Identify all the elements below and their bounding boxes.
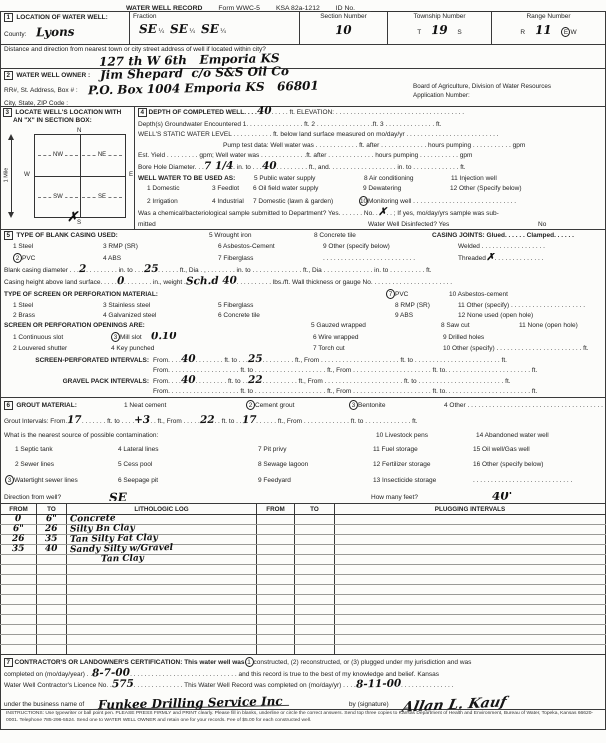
option-label: 12 None used (open hole) — [458, 312, 602, 319]
contamination-row-3: 2 Sewer lines 5 Cess pool 8 Sewage lagoo… — [1, 461, 605, 468]
casing-title-wrap: 5 TYPE OF BLANK CASING USED: — [4, 231, 209, 240]
cell-from: 0 — [15, 516, 21, 522]
option-label: 4 Lateral lines — [118, 446, 258, 453]
grout-intervals-label: Grout Intervals: From. — [4, 418, 67, 425]
cell-to: 40 — [45, 546, 58, 552]
table-row: 06"Concrete — [1, 515, 606, 525]
ft-from-label: . . ft., From . . . . . — [150, 418, 199, 425]
interval-tail-label: . . . . . . ft., From . . . . . . . . . … — [256, 418, 417, 425]
weight-label: . . . . . . . . in., weight . — [124, 279, 186, 286]
option-label: 8 Concrete tile — [314, 232, 432, 239]
option-label: 12 Fertilizer storage — [373, 461, 473, 468]
table-row: 2635Tan Silty Fat Clay — [1, 535, 606, 545]
casing-in-to-label: . . . . . . . . . in. to . . . — [86, 267, 143, 274]
option-label: 4 Other . . . . . . . . . . . . . . . . … — [444, 402, 605, 409]
table-row — [1, 625, 606, 635]
address-label: RR#, St. Address, Box # : — [4, 87, 78, 94]
disinfected-line: mitted Water Well Disinfected? Yes No — [135, 221, 605, 228]
gravel-intervals-label: GRAVEL PACK INTERVALS: — [1, 378, 153, 385]
cell-from: 35 — [12, 546, 25, 552]
township-t: T — [417, 29, 421, 36]
dotted-blank: . . . . . . . . . . . . . . . . . . . . … — [323, 255, 458, 262]
option-label: 1 Septic tank — [15, 446, 118, 453]
licence-value: 575 — [112, 681, 134, 687]
cell-log: Sandy Silty w/Gravel — [70, 545, 173, 553]
section-7-certification: 7 CONTRACTOR'S OR LANDOWNER'S CERTIFICAT… — [0, 654, 606, 710]
option-label: 1 Domestic — [147, 185, 212, 192]
groundwater-line: Depth(s) Groundwater Encountered 1. . . … — [135, 121, 605, 128]
circled-2-pvc: 2 — [13, 253, 22, 263]
grout-intervals-line: Grout Intervals: From. 17 . . . . . . . … — [1, 417, 605, 425]
screen-intervals-label: SCREEN-PERFORATED INTERVALS: — [1, 357, 153, 364]
business-name-label: under the business name of — [4, 701, 84, 708]
table-header-row: FROM TO LITHOLOGIC LOG FROM TO PLUGGING … — [1, 504, 606, 515]
compass-w: W — [24, 171, 30, 178]
arrow-down-icon — [8, 212, 14, 218]
distance-question: Distance and direction from nearest town… — [4, 46, 602, 53]
option-label: 10 Livestock pens — [376, 432, 476, 439]
option-label: 13 Insecticide storage — [373, 477, 473, 484]
option-label: 4 Industrial — [212, 198, 253, 205]
cement-grout-wrap: 2Cement grout — [246, 400, 349, 410]
option-label: 16 Other (specify below) — [473, 461, 602, 468]
owner-value: Jim Shepard c/o S&S Oil Co — [100, 68, 289, 78]
gravel-to-value: 22 — [248, 377, 263, 383]
option-label: 5 Wrought iron — [209, 232, 314, 239]
cert-line-4: under the business name of Funkee Drilli… — [1, 692, 605, 708]
option-label: 11 None (open hole) — [519, 322, 602, 329]
gravel-from-value: 40 — [181, 377, 196, 383]
disinfected-label: Water Well Disinfected? Yes — [368, 221, 538, 228]
option-label: 14 Abandoned water well — [476, 432, 602, 439]
threaded-check-mark: ✗ — [486, 254, 495, 260]
option-label: 8 Sewage lagoon — [258, 461, 373, 468]
mill-slot-value: 0.10 — [151, 333, 177, 340]
range-cell: Range Number R 11 EW — [491, 12, 605, 44]
table-row — [1, 605, 606, 615]
distance-value: 127 th W 6th Emporia KS — [99, 55, 280, 65]
openings-row-2: 1 Continuous slot 3Mill slot 0.10 6 Wire… — [1, 332, 605, 342]
table-row: 6"26Silty Bn Clay — [1, 525, 606, 535]
option-label: 5 Cess pool — [118, 461, 258, 468]
screen-to-value: 25 — [248, 355, 263, 361]
completed-date-value: 8-7-00 — [92, 670, 130, 677]
cement-grout-label: Cement grout — [255, 402, 294, 409]
cert-line-3: Water Well Contractor's Licence No. . 57… — [1, 681, 605, 689]
section-6-grout: 6 GROUT MATERIAL: 1 Neat cement 2Cement … — [0, 397, 606, 504]
casing-row-2: 1 Steel 3 RMP (SR) 6 Asbestos-Cement 9 O… — [1, 243, 605, 250]
one-mile-scale: 1 Mile — [8, 134, 16, 218]
casing-diameter-label: Blank casing diameter . . . — [4, 267, 79, 274]
grout-from-2: 22 — [200, 417, 215, 423]
quadrant-nw-label: NW — [51, 152, 65, 158]
col-to-2: TO — [295, 504, 335, 515]
circled-7-pvc: 7 — [386, 289, 395, 299]
grout-from-1: 17 — [67, 417, 82, 423]
table-row — [1, 565, 606, 575]
cell-to: 6" — [46, 516, 57, 522]
ft-to-label: . . . . . . . . . ft. to . . — [195, 378, 247, 385]
watertight-wrap: 3Watertight sewer lines — [5, 475, 118, 485]
interval-blank-line: From. . . . . . . . . . . . . . . . . . … — [153, 388, 537, 395]
col-to: TO — [37, 504, 67, 515]
col-from: FROM — [1, 504, 37, 515]
section-7-number: 7 — [4, 658, 13, 667]
option-label: 1 Steel — [13, 243, 103, 250]
from-label: From. . . . — [153, 378, 181, 385]
city-state-zip-label: City, State, ZIP Code : — [4, 100, 602, 107]
monitoring-well-label: Monitoring well . . . . . . . . . . . . … — [368, 198, 516, 205]
option-label: 8 Air conditioning — [364, 175, 451, 182]
circled-10-monitoring-well: 10 — [359, 196, 368, 206]
direction-label: Direction from well? — [4, 494, 99, 501]
option-label: 4 Galvanized steel — [103, 312, 218, 319]
well-location-x-mark: ✗ — [67, 215, 78, 221]
static-level-line: WELL'S STATIC WATER LEVEL . . . . . . . … — [135, 131, 605, 138]
screen-material-row-3: 2 Brass 4 Galvanized steel 6 Concrete ti… — [1, 312, 605, 319]
contamination-row-4: 3Watertight sewer lines 6 Seepage pit 9 … — [1, 475, 605, 485]
depth-line: 4 DEPTH OF COMPLETED WELL. . . . 40 . . … — [135, 108, 605, 117]
option-label: 3 Stainless steel — [103, 302, 218, 309]
circled-3-mill-slot: 3 — [111, 332, 120, 342]
casing-diameter-line: Blank casing diameter . . . 2 . . . . . … — [1, 266, 605, 274]
table-row: 3540Sandy Silty w/Gravel — [1, 545, 606, 555]
pvc-label: PVC — [22, 255, 35, 262]
screen-from-value: 40 — [181, 355, 196, 361]
range-label: Range Number — [495, 13, 602, 20]
option-label: 7 Pit privy — [258, 446, 373, 453]
option-label: 6 Seepage pit — [118, 477, 258, 484]
fraction-cell: Fraction SE ¼ SE ¼ SE ¼ — [129, 12, 299, 44]
section-4-well-data: 4 DEPTH OF COMPLETED WELL. . . . 40 . . … — [135, 107, 605, 229]
table-row — [1, 635, 606, 645]
mitted-label: mitted — [138, 221, 368, 228]
section-number-label: Section Number — [303, 13, 384, 20]
section-grid-box: NW NE SW SE ✗ — [34, 134, 126, 218]
business-name-value: Funkee Drilling Service Inc — [92, 698, 289, 710]
section-1-title: LOCATION OF WATER WELL: — [16, 14, 107, 21]
elevation-label: . . . . . ft. ELEVATION: . . . . . . . .… — [271, 109, 464, 116]
depth-label: DEPTH OF COMPLETED WELL. . . . — [149, 109, 257, 116]
bore-diameter-value: 7 1/4 — [204, 163, 234, 170]
table-row — [1, 575, 606, 585]
option-label: 7 Fiberglass — [218, 255, 323, 262]
cert-title: CONTRACTOR'S OR LANDOWNER'S CERTIFICATIO… — [15, 659, 245, 666]
township-value: 19 — [431, 27, 448, 33]
quadrant-nw: NW — [38, 155, 78, 156]
chem-sample-label-2: . . ; If yes, mo/day/yrs sample was sub- — [386, 210, 498, 217]
ft-to-label: . . . . . . . ft. to . . . . — [82, 418, 134, 425]
ft-to-label: . . . . . . . . ft. to . . . — [195, 357, 247, 364]
casing-height-label: Casing height above land surface. . . . … — [4, 279, 117, 286]
use-row-2: 1 Domestic 3 Feedlot 6 Oil field water s… — [135, 185, 605, 192]
casing-pvc: 2PVC — [13, 253, 103, 263]
bore-hole-label: Bore Hole Diameter. . . — [138, 164, 204, 171]
section-4-number: 4 — [138, 108, 147, 117]
quadrant-se: SE — [82, 197, 122, 198]
one-mile-label: 1 Mile — [3, 168, 9, 183]
option-label: 5 Fiberglass — [218, 302, 395, 309]
option-label: 2 Sewer lines — [15, 461, 118, 468]
casing-title: TYPE OF BLANK CASING USED: — [16, 232, 117, 239]
option-label: 12 Other (Specify below) — [450, 185, 602, 192]
casing-row-1: 5 TYPE OF BLANK CASING USED: 5 Wrought i… — [1, 231, 605, 240]
interval-tail-label: . . . . . . . . . . ft., From . . . . . … — [262, 378, 510, 385]
fraction-3: SE — [201, 26, 219, 32]
grout-title: GROUT MATERIAL: — [16, 402, 77, 409]
fraction-label: Fraction — [133, 13, 296, 20]
welded-label: Welded . . . . . . . . . . . . . . . . .… — [458, 243, 602, 250]
screen-pvc: 7PVC — [386, 289, 449, 299]
screen-intervals-row-1: SCREEN-PERFORATED INTERVALS: From. . . .… — [1, 356, 605, 364]
bentonite-label: Bentonite — [358, 402, 385, 409]
interval-blank-line: From. . . . . . . . . . . . . . . . . . … — [153, 367, 537, 374]
option-label: 1 Steel — [13, 302, 103, 309]
weight-value: Sch.d 40 — [186, 277, 237, 284]
section-5-number: 5 — [4, 231, 13, 240]
grout-to-2: 17 — [241, 417, 256, 423]
main-row: 3 LOCATE WELL'S LOCATION WITH AN "X" IN … — [0, 106, 606, 230]
casing-diameter-value: 2 — [79, 266, 86, 272]
township-label: Township Number — [391, 13, 488, 20]
direction-line: Direction from well? SE How many feet? 4… — [1, 492, 605, 501]
disinfected-no-label: No — [538, 221, 602, 228]
dotted-blank: . . . . . . . . . . . . . . . — [401, 682, 453, 689]
mill-slot-wrap: 3Mill slot 0.10 — [111, 332, 313, 342]
quarter-glyph: ¼ — [220, 28, 225, 35]
casing-height-value: 0 — [117, 277, 124, 283]
option-label: 1 Neat cement — [124, 402, 246, 409]
grout-row-1: 6 GROUT MATERIAL: 1 Neat cement 2Cement … — [1, 400, 605, 410]
township-s: S — [457, 29, 461, 36]
option-label: 11 Other (specify) . . . . . . . . . . .… — [458, 302, 602, 309]
dotted-blank: . . . . . . . . . . . . . . — [495, 255, 544, 262]
distance-direction: Distance and direction from nearest town… — [0, 44, 606, 69]
option-label: 2 Irrigation — [147, 198, 212, 205]
form-statute: KSA 82a-1212 — [276, 5, 320, 12]
county-value: Lyons — [36, 29, 75, 36]
bore-hole-line: Bore Hole Diameter. . . 7 1/4 . in. to .… — [135, 163, 605, 171]
quadrant-ne-label: NE — [96, 152, 108, 158]
chem-sample-label: Was a chemical/bacteriological sample su… — [138, 210, 378, 217]
interval-tail-label: . . . . . . . . . ft., From . . . . . . … — [262, 357, 507, 364]
screen-intervals-row-2: From. . . . . . . . . . . . . . . . . . … — [1, 367, 605, 374]
fraction-1: SE — [139, 26, 157, 32]
cell-log: Tan Clay — [101, 556, 144, 563]
pvc-label: PVC — [395, 291, 408, 298]
option-label: 2 Brass — [13, 312, 103, 319]
option-label: 9 Other (specify below) — [323, 243, 458, 250]
openings-title: SCREEN OR PERFORATION OPENINGS ARE: — [4, 322, 311, 329]
id-number-blank — [371, 5, 521, 12]
option-label: 1 Continuous slot — [13, 334, 111, 341]
watertight-label: Watertight sewer lines — [14, 477, 78, 484]
bentonite-wrap: 3Bentonite — [349, 400, 444, 410]
range-west: W — [570, 29, 576, 36]
county-label: County: — [4, 31, 26, 38]
threaded-wrap: Threaded✗. . . . . . . . . . . . . . — [458, 254, 602, 262]
lithologic-log-table: FROM TO LITHOLOGIC LOG FROM TO PLUGGING … — [0, 503, 606, 655]
option-label: 10 Other (specify) . . . . . . . . . . .… — [443, 345, 602, 352]
cell-log: Silty Bn Clay — [70, 525, 135, 532]
casing-depth-value: 25 — [143, 266, 158, 272]
grid-horizontal-line — [35, 176, 125, 177]
quarter-glyph: ¼ — [189, 28, 194, 35]
section-number-cell: Section Number 10 — [299, 12, 387, 44]
id-number-label: ID No. — [336, 5, 355, 12]
quarter-glyph: ¼ — [159, 28, 164, 35]
scale-bar — [11, 139, 12, 213]
cert-line-2: completed on (mo/day/year) . . 8-7-00 . … — [1, 670, 605, 678]
address-value: P.O. Box 1004 Emporia KS 66801 — [87, 83, 318, 94]
dotted-blank: . . . . . . . . . . . . . . . . . . . . … — [473, 477, 602, 484]
col-plugging-intervals: PLUGGING INTERVALS — [335, 504, 606, 515]
signature-value: Allan L. Kauf — [401, 699, 506, 710]
option-label: 6 Oil field water supply — [253, 185, 363, 192]
cell-log: Tan Silty Fat Clay — [70, 535, 158, 543]
casing-joints-label: CASING JOINTS: Glued. . . . . . Clamped.… — [432, 232, 602, 239]
cell-to: 26 — [45, 526, 58, 532]
option-label: 6 Wire wrapped — [313, 334, 443, 341]
screen-material-title: TYPE OF SCREEN OR PERFORATION MATERIAL: — [4, 291, 386, 298]
signature-label: by (signature) — [349, 701, 389, 708]
cell-from: 26 — [12, 536, 25, 542]
gravel-intervals-row-2: From. . . . . . . . . . . . . . . . . . … — [1, 388, 605, 395]
section-1-location: 1 LOCATION OF WATER WELL: County: Lyons … — [0, 11, 606, 45]
circled-3-watertight: 3 — [5, 475, 14, 485]
direction-value: SE — [99, 492, 371, 501]
section-3-location-box: 3 LOCATE WELL'S LOCATION WITH AN "X" IN … — [1, 107, 135, 229]
option-label: 15 Oil well/Gas well — [473, 446, 602, 453]
chem-sample-line: Was a chemical/bacteriological sample su… — [135, 209, 605, 217]
ft-to-label: . . ft. to . . — [214, 418, 241, 425]
contamination-question: What is the nearest source of possible c… — [4, 432, 376, 439]
option-label: 6 Asbestos-Cement — [218, 243, 323, 250]
section-number-value: 10 — [335, 27, 352, 33]
section-1-number: 1 — [4, 13, 13, 22]
county-cell: 1 LOCATION OF WATER WELL: County: Lyons — [1, 12, 129, 44]
option-label: 8 RMP (SR) — [395, 302, 458, 309]
record-completed-label: . . . . . . . . . . . . . . This Water W… — [134, 682, 356, 689]
openings-row-3: 2 Louvered shutter 4 Key punched 7 Torch… — [1, 345, 605, 352]
option-label: 5 Public water supply — [254, 175, 364, 182]
option-label: 7 Torch cut — [313, 345, 443, 352]
screen-material-row-2: 1 Steel 3 Stainless steel 5 Fiberglass 8… — [1, 302, 605, 309]
threaded-label: Threaded — [458, 255, 486, 262]
from-label: From. . . . — [153, 357, 181, 364]
option-label: 2 Louvered shutter — [13, 345, 111, 352]
feet-value: 40' — [464, 492, 602, 499]
table-row — [1, 645, 606, 655]
instructions-block: INSTRUCTIONS: Use typewriter or ball poi… — [0, 709, 606, 730]
option-label: 9 Feedyard — [258, 477, 373, 484]
use-row-3: 2 Irrigation 4 Industrial 7 Domestic (la… — [135, 196, 605, 206]
how-many-feet-label: How many feet? — [371, 494, 464, 501]
grout-to-1: +3 — [134, 417, 150, 423]
col-lithologic-log: LITHOLOGIC LOG — [67, 504, 257, 515]
contamination-row-2: 1 Septic tank 4 Lateral lines 7 Pit priv… — [1, 446, 605, 453]
cert-line-1: 7 CONTRACTOR'S OR LANDOWNER'S CERTIFICAT… — [1, 657, 605, 667]
option-label: 9 ABS — [395, 312, 458, 319]
bore-tail-label: . . . . . . . . . ft., and. . . . . . . … — [276, 164, 465, 171]
table-row — [1, 595, 606, 605]
table-row: Tan Clay — [1, 555, 606, 565]
option-label: 11 Fuel storage — [373, 446, 473, 453]
section-3-title-2: AN "X" IN SECTION BOX: — [3, 117, 132, 124]
fraction-2: SE — [170, 26, 188, 32]
bore-in-to-label: . in. to . . . — [233, 164, 262, 171]
section-3-number: 3 — [3, 108, 12, 117]
table-row — [1, 585, 606, 595]
mill-slot-label: Mill slot — [120, 334, 142, 341]
gravel-intervals-row-1: GRAVEL PACK INTERVALS: From. . . . 40 . … — [1, 377, 605, 385]
option-label: 6 Concrete tile — [218, 312, 395, 319]
form-title: WATER WELL RECORD — [126, 5, 202, 12]
table-row — [1, 615, 606, 625]
circled-2-cement-grout: 2 — [246, 400, 255, 410]
screen-material-row-1: TYPE OF SCREEN OR PERFORATION MATERIAL: … — [1, 289, 605, 299]
lithologic-rows: 06"Concrete 6"26Silty Bn Clay 2635Tan Si… — [1, 515, 606, 655]
circled-3-bentonite: 3 — [349, 400, 358, 410]
completed-on-label: completed on (mo/day/year) . . — [4, 671, 92, 678]
water-well-record-form: WATER WELL RECORD Form WWC-5 KSA 82a-121… — [0, 0, 606, 743]
option-label: 4 Key punched — [111, 345, 313, 352]
range-r: R — [520, 29, 525, 36]
casing-row-3: 2PVC 4 ABS 7 Fiberglass . . . . . . . . … — [1, 253, 605, 263]
casing-height-line: Casing height above land surface. . . . … — [1, 278, 605, 286]
use-monitoring: 10Monitoring well . . . . . . . . . . . … — [359, 196, 602, 206]
application-number-label: Application Number: — [413, 91, 599, 100]
compass-e: E — [129, 171, 133, 178]
bore-depth-value: 40 — [262, 163, 277, 169]
quadrant-sw: SW — [38, 197, 78, 198]
record-date-value: 8-11-00 — [356, 681, 401, 688]
option-label: 9 Dewatering — [363, 185, 450, 192]
option-label: 9 Drilled holes — [443, 334, 602, 341]
range-value: 11 — [535, 27, 552, 33]
option-label: 7 Domestic (lawn & garden) — [253, 198, 359, 205]
depth-value: 40 — [257, 108, 272, 114]
cell-to: 35 — [45, 536, 58, 542]
option-label: 8 Saw cut — [441, 322, 519, 329]
agency-block: Board of Agriculture, Division of Water … — [413, 82, 599, 100]
compass-n: N — [77, 127, 81, 134]
cert-text-1: constructed, (2) reconstructed, or (3) p… — [254, 659, 472, 666]
circled-1-constructed: 1 — [245, 657, 254, 667]
use-row-1: WELL WATER TO BE USED AS: 5 Public water… — [135, 175, 605, 182]
col-from-2: FROM — [257, 504, 295, 515]
option-label: 3 Feedlot — [212, 185, 253, 192]
openings-row-1: SCREEN OR PERFORATION OPENINGS ARE: 5 Ga… — [1, 322, 605, 329]
owner-title: WATER WELL OWNER : — [16, 72, 90, 79]
township-cell: Township Number T 19 S — [387, 12, 491, 44]
grout-title-wrap: 6 GROUT MATERIAL: — [4, 401, 124, 410]
section-6-number: 6 — [4, 401, 13, 410]
option-label: 3 RMP (SR) — [103, 243, 218, 250]
option-label: 4 ABS — [103, 255, 218, 262]
option-label: 11 Injection well — [451, 175, 602, 182]
section-2-owner: 2 WATER WELL OWNER : Jim Shepard c/o S&S… — [0, 68, 606, 107]
form-number: Form WWC-5 — [218, 5, 260, 12]
pump-test-line: Pump test data: Well water was . . . . .… — [135, 142, 605, 149]
cell-from: 6" — [13, 526, 24, 532]
quadrant-se-label: SE — [96, 194, 108, 200]
section-2-number: 2 — [4, 71, 13, 80]
cell-log: Concrete — [70, 516, 116, 523]
agency-name: Board of Agriculture, Division of Water … — [413, 82, 599, 91]
wall-thickness-label: . . . . . . . . . . lbs./ft. Wall thickn… — [237, 279, 452, 286]
casing-diameter-tail: . . . . . . ft., Dia . , . . . . . . . .… — [158, 267, 431, 274]
